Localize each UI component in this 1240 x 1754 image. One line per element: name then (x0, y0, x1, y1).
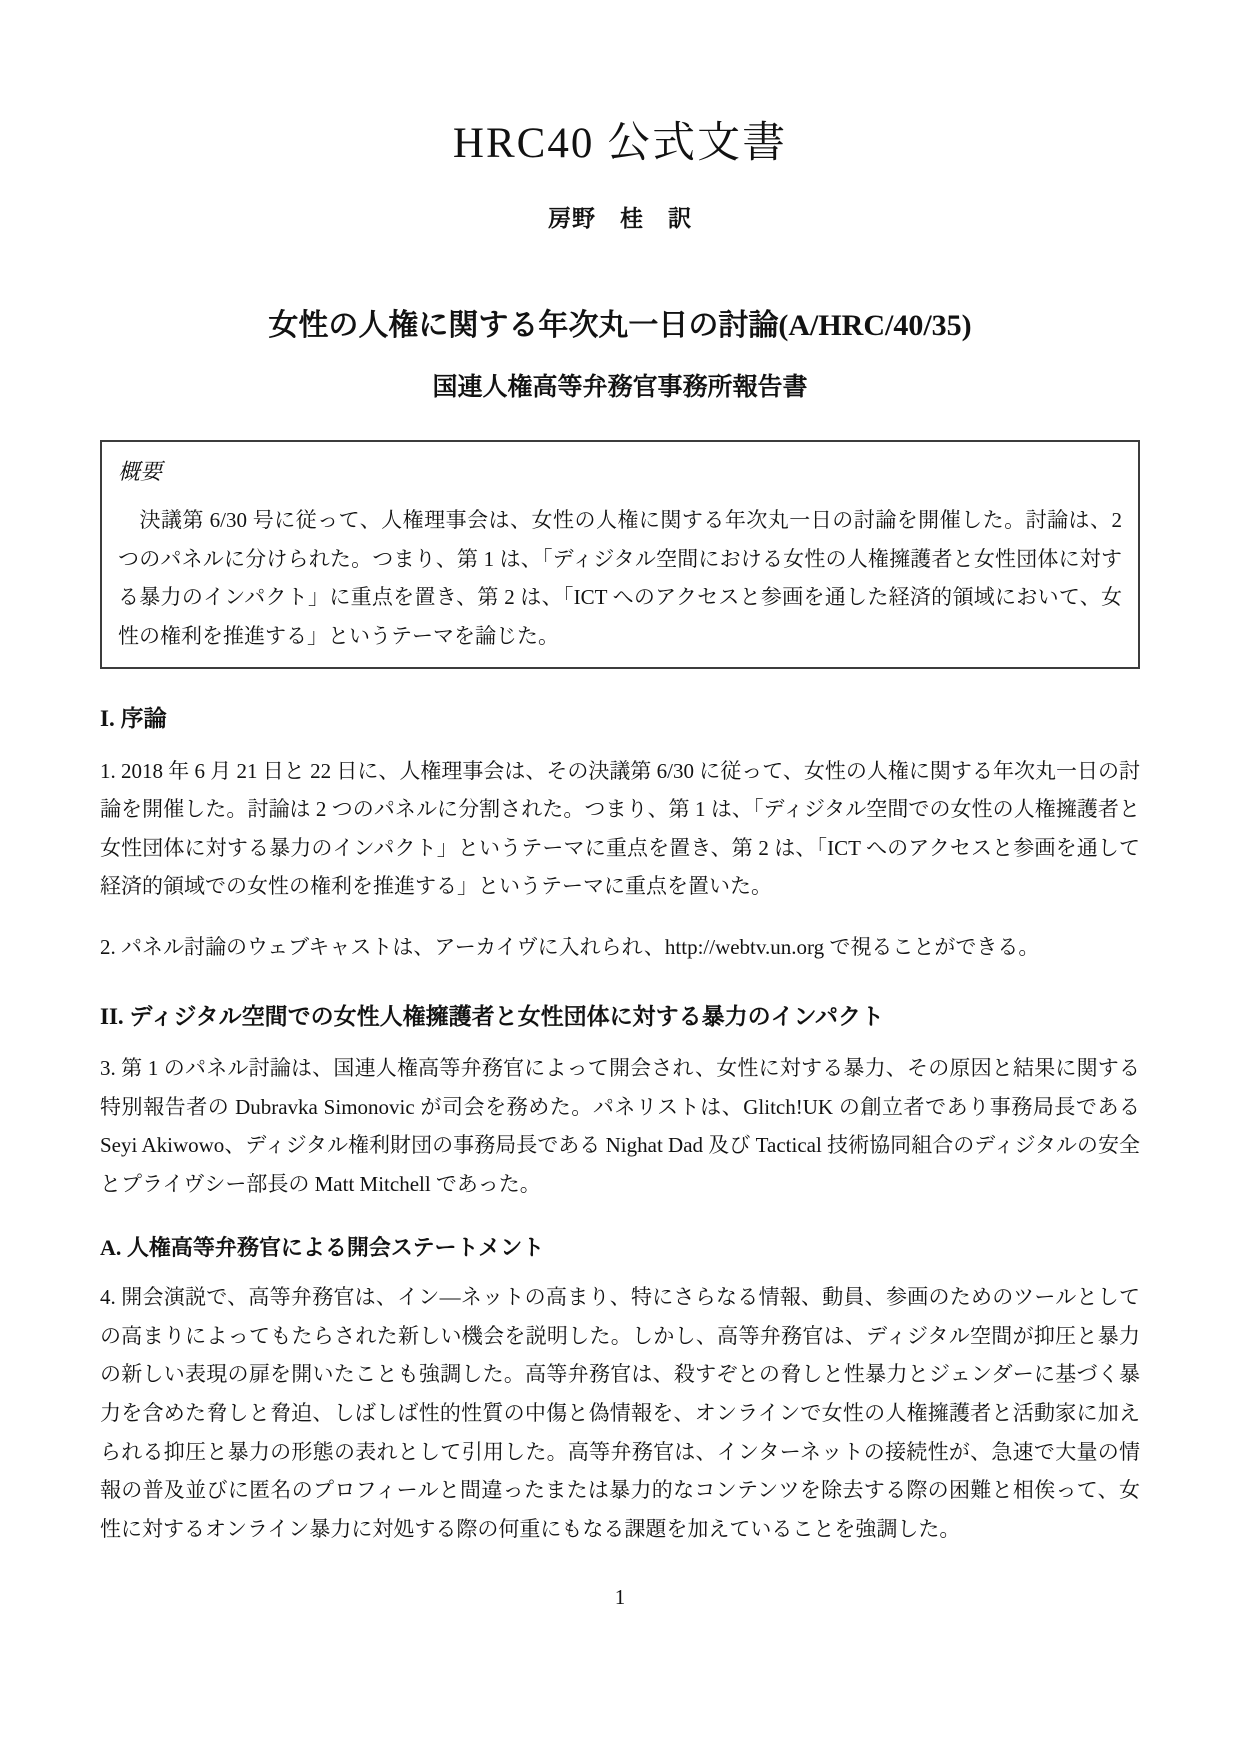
summary-box: 概要 決議第 6/30 号に従って、人権理事会は、女性の人権に関する年次丸一日の… (100, 440, 1140, 669)
section-heading-digital-space: II. ディジタル空間での女性人権擁護者と女性団体に対する暴力のインパクト (100, 1001, 1140, 1033)
document-title: HRC40 公式文書 (100, 116, 1140, 172)
document-page: HRC40 公式文書 房野 桂 訳 女性の人権に関する年次丸一日の討論(A/HR… (0, 0, 1240, 1754)
paragraph-4: 4. 開会演説で、高等弁務官は、イン―ネットの高まり、特にさらなる情報、動員、参… (100, 1278, 1140, 1548)
paragraph-1: 1. 2018 年 6 月 21 日と 22 日に、人権理事会は、その決議第 6… (100, 752, 1140, 907)
paragraph-3: 3. 第 1 のパネル討論は、国連人権高等弁務官によって開会され、女性に対する暴… (100, 1049, 1140, 1204)
summary-text: 決議第 6/30 号に従って、人権理事会は、女性の人権に関する年次丸一日の討論を… (118, 501, 1122, 656)
section-heading-introduction: I. 序論 (100, 703, 1140, 735)
report-heading: 女性の人権に関する年次丸一日の討論(A/HRC/40/35) (100, 306, 1140, 347)
report-subheading: 国連人権高等弁務官事務所報告書 (100, 371, 1140, 405)
page-number: 1 (0, 1578, 1240, 1617)
translator-line: 房野 桂 訳 (100, 198, 1140, 240)
summary-label: 概要 (118, 452, 1122, 492)
subsection-heading-opening-statement: A. 人権高等弁務官による開会ステートメント (100, 1233, 1140, 1264)
paragraph-2: 2. パネル討論のウェブキャストは、アーカイヴに入れられ、http://webt… (100, 928, 1140, 967)
